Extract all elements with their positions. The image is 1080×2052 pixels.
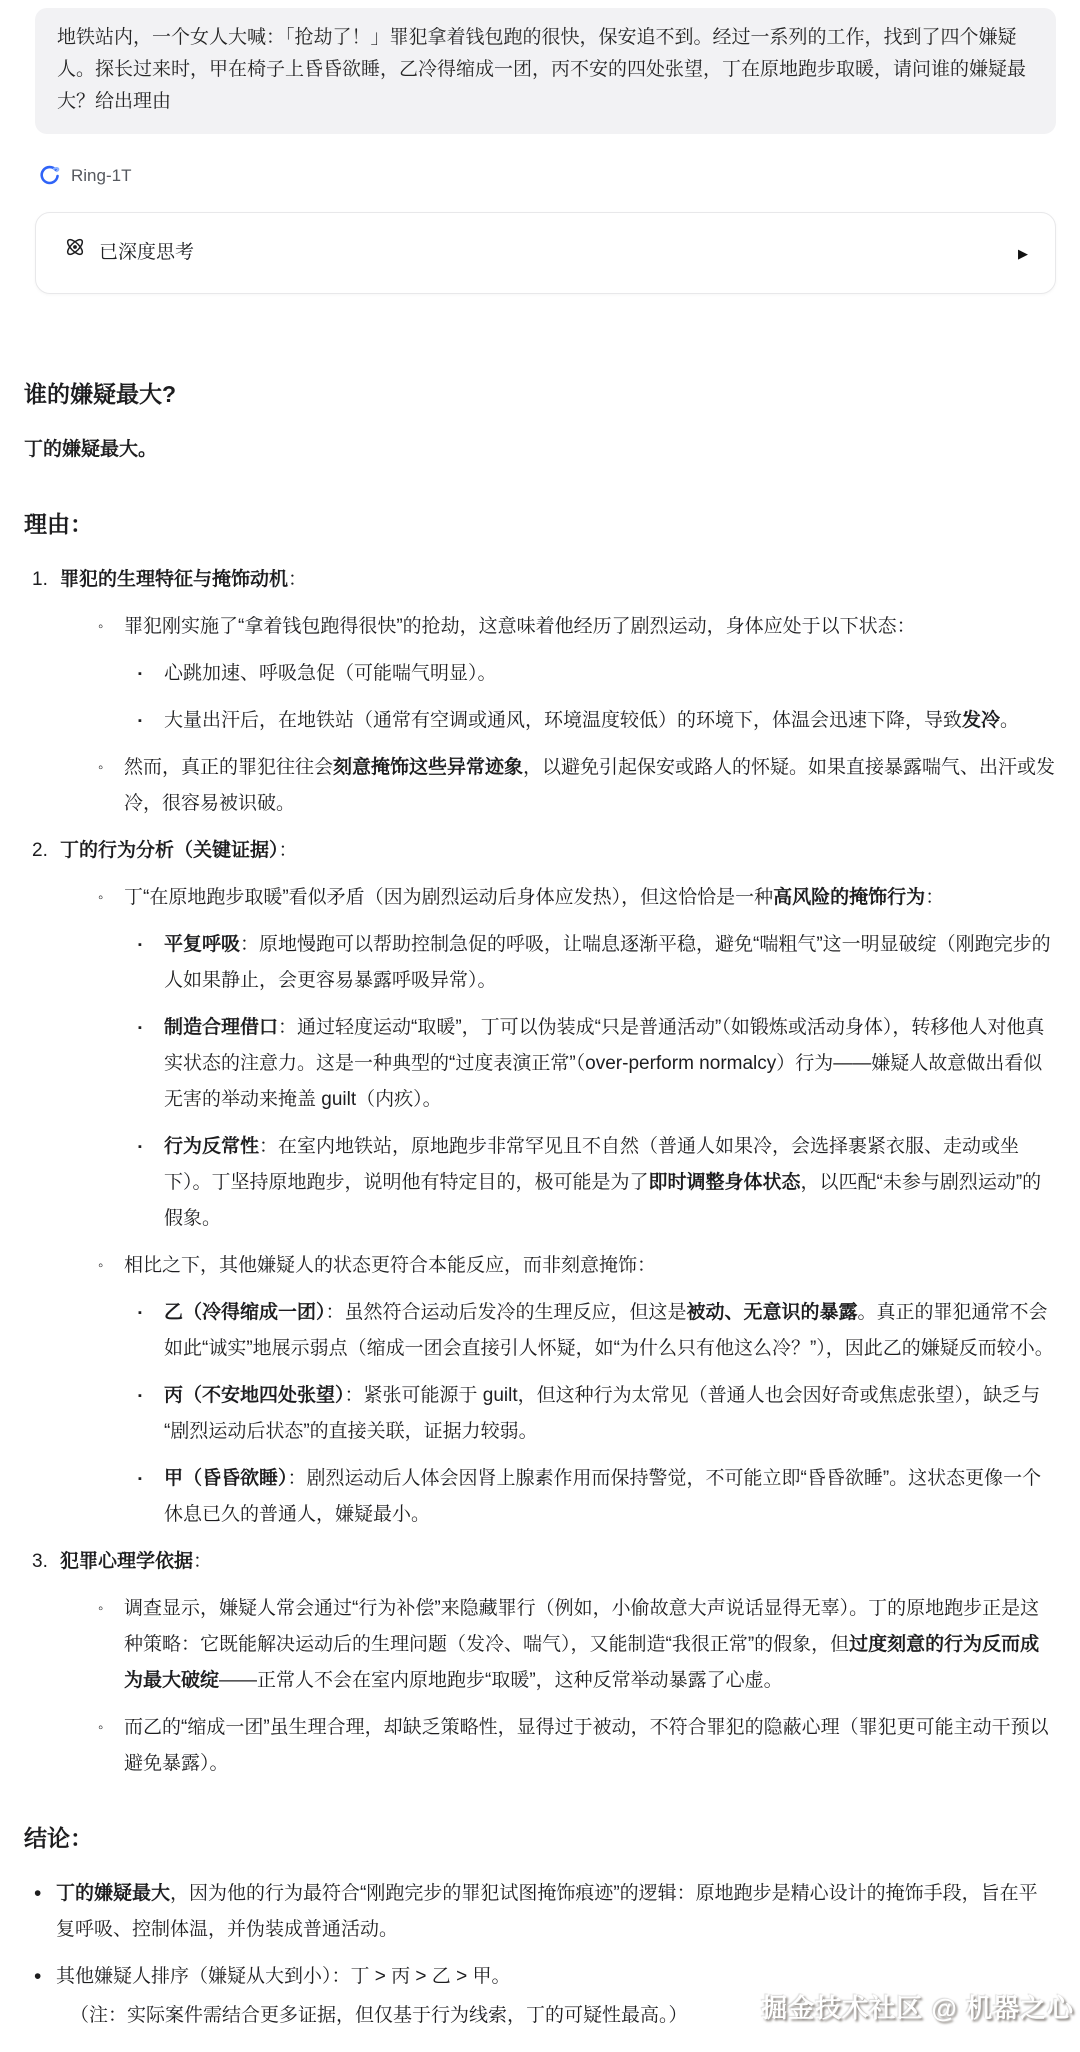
text-run: ：通过轻度运动“取暖”，丁可以伪装成“只是普通活动”（如锻炼或活动身体），转移他… bbox=[164, 1017, 1044, 1110]
list-item-text: 平复呼吸：原地慢跑可以帮助控制急促的呼吸，让喘息逐渐平稳，避免“喘粗气”这一明显… bbox=[164, 934, 1051, 991]
list-marker: ▪ bbox=[138, 927, 142, 963]
list-marker: ◦ bbox=[98, 609, 103, 645]
list-item: ▪乙（冷得缩成一团）：虽然符合运动后发冷的生理反应，但这是被动、无意识的暴露。真… bbox=[124, 1295, 1056, 1367]
list-item-text: 调查显示，嫌疑人常会通过“行为补偿”来隐藏罪行（例如，小偷故意大声说话显得无辜）… bbox=[124, 1598, 1039, 1691]
list-item: ◦丁“在原地跑步取暖”看似矛盾（因为剧烈运动后身体应发热），但这恰恰是一种高风险… bbox=[60, 880, 1056, 1237]
list-marker: ◦ bbox=[98, 1591, 103, 1627]
text-run: 其他嫌疑人排序（嫌疑从大到小）：丁 > 丙 > 乙 > 甲。 bbox=[56, 1966, 510, 1987]
thinking-toggle[interactable]: 已深度思考 ▶ bbox=[35, 212, 1056, 294]
text-run: ——正常人不会在室内原地跑步“取暖”，这种反常举动暴露了心虚。 bbox=[219, 1670, 783, 1691]
list-marker: 1. bbox=[32, 562, 48, 598]
list-marker: • bbox=[34, 1876, 41, 1912]
bold-text: 谁的嫌疑最大? bbox=[24, 381, 176, 407]
list-item: ▪制造合理借口：通过轻度运动“取暖”，丁可以伪装成“只是普通活动”（如锻炼或活动… bbox=[124, 1010, 1056, 1118]
list-level-3: ▪平复呼吸：原地慢跑可以帮助控制急促的呼吸，让喘息逐渐平稳，避免“喘粗气”这一明… bbox=[124, 927, 1056, 1237]
list-item: ▪行为反常性：在室内地铁站，原地跑步非常罕见且不自然（普通人如果冷，会选择裹紧衣… bbox=[124, 1129, 1056, 1237]
list-item: ◦而乙的“缩成一团”虽生理合理，却缺乏策略性，显得过于被动，不符合罪犯的隐蔽心理… bbox=[60, 1710, 1056, 1782]
list-item-text: 行为反常性：在室内地铁站，原地跑步非常罕见且不自然（普通人如果冷，会选择裹紧衣服… bbox=[164, 1136, 1041, 1229]
user-message-bubble: 地铁站内，一个女人大喊：「抢劫了！」罪犯拿着钱包跑的很快，保安追不到。经过一系列… bbox=[35, 8, 1056, 134]
list-level-3: ▪心跳加速、呼吸急促（可能喘气明显）。▪大量出汗后，在地铁站（通常有空调或通风，… bbox=[124, 656, 1056, 739]
text-run: ，因为他的行为最符合“刚跑完步的罪犯试图掩饰痕迹”的逻辑：原地跑步是精心设计的掩… bbox=[56, 1883, 1038, 1940]
list-item-text: 丁的行为分析（关键证据）： bbox=[60, 840, 298, 861]
bold-text: 丁的嫌疑最大 bbox=[56, 1883, 170, 1904]
text-run: 相比之下，其他嫌疑人的状态更符合本能反应，而非刻意掩饰： bbox=[124, 1255, 656, 1276]
bold-text: 刻意掩饰这些异常迹象 bbox=[333, 757, 523, 778]
text-run: （注：实际案件需结合更多证据，但仅基于行为线索，丁的可疑性最高。） bbox=[70, 2005, 688, 2026]
list-level-2: ◦调查显示，嫌疑人常会通过“行为补偿”来隐藏罪行（例如，小偷故意大声说话显得无辜… bbox=[60, 1591, 1056, 1782]
bold-text: 结论： bbox=[24, 1825, 93, 1851]
bold-text: 发冷 bbox=[962, 710, 1000, 731]
list-level-2: ◦罪犯刚实施了“拿着钱包跑得很快”的抢劫，这意味着他经历了剧烈运动，身体应处于以… bbox=[60, 609, 1056, 822]
list-marker: ◦ bbox=[98, 1248, 103, 1284]
bold-text: 甲（昏昏欲睡） bbox=[164, 1468, 288, 1489]
text-run: 然而，真正的罪犯往往会 bbox=[124, 757, 333, 778]
bold-text: 行为反常性 bbox=[164, 1136, 259, 1157]
bold-text: 即时调整身体状态 bbox=[649, 1172, 801, 1193]
list-marker: • bbox=[34, 1959, 41, 1995]
atom-icon bbox=[63, 235, 87, 272]
text-run: ： bbox=[193, 1551, 212, 1572]
text-run: 罪犯刚实施了“拿着钱包跑得很快”的抢劫，这意味着他经历了剧烈运动，身体应处于以下… bbox=[124, 616, 916, 637]
text-run: 。 bbox=[1000, 710, 1019, 731]
list-marker: ◦ bbox=[98, 1710, 103, 1746]
section-heading: 结论： bbox=[24, 1822, 1056, 1854]
list-item: ◦相比之下，其他嫌疑人的状态更符合本能反应，而非刻意掩饰：▪乙（冷得缩成一团）：… bbox=[60, 1248, 1056, 1533]
list-item-text: 罪犯的生理特征与掩饰动机： bbox=[60, 569, 307, 590]
bold-text: 平复呼吸 bbox=[164, 934, 240, 955]
list-marker: 2. bbox=[32, 833, 48, 869]
list-item: 1.罪犯的生理特征与掩饰动机：◦罪犯刚实施了“拿着钱包跑得很快”的抢劫，这意味着… bbox=[24, 562, 1056, 822]
section-heading: 理由： bbox=[24, 508, 1056, 540]
list-marker: ▪ bbox=[138, 656, 142, 692]
text-run: ：虽然符合运动后发冷的生理反应，但这是 bbox=[326, 1302, 687, 1323]
section-heading: 谁的嫌疑最大? bbox=[24, 378, 1056, 410]
list-item-text: 犯罪心理学依据： bbox=[60, 1551, 212, 1572]
assistant-response: 谁的嫌疑最大?丁的嫌疑最大。理由：1.罪犯的生理特征与掩饰动机：◦罪犯刚实施了“… bbox=[24, 378, 1056, 2034]
list-item-text: 而乙的“缩成一团”虽生理合理，却缺乏策略性，显得过于被动，不符合罪犯的隐蔽心理（… bbox=[124, 1717, 1049, 1774]
list-item-text: 然而，真正的罪犯往往会刻意掩饰这些异常迹象，以避免引起保安或路人的怀疑。如果直接… bbox=[124, 757, 1055, 814]
list-level-3: ▪乙（冷得缩成一团）：虽然符合运动后发冷的生理反应，但这是被动、无意识的暴露。真… bbox=[124, 1295, 1056, 1533]
list-item: ▪大量出汗后，在地铁站（通常有空调或通风，环境温度较低）的环境下，体温会迅速下降… bbox=[124, 703, 1056, 739]
list-marker: ▪ bbox=[138, 1129, 142, 1165]
bold-text: 高风险的掩饰行为 bbox=[773, 887, 925, 908]
thinking-label: 已深度思考 bbox=[99, 235, 194, 271]
list-item-text: 乙（冷得缩成一团）：虽然符合运动后发冷的生理反应，但这是被动、无意识的暴露。真正… bbox=[164, 1302, 1054, 1359]
chevron-right-icon: ▶ bbox=[1018, 247, 1028, 260]
bold-text: 犯罪心理学依据 bbox=[60, 1551, 193, 1572]
list-item-text: 相比之下，其他嫌疑人的状态更符合本能反应，而非刻意掩饰： bbox=[124, 1255, 656, 1276]
list-item-text: 大量出汗后，在地铁站（通常有空调或通风，环境温度较低）的环境下，体温会迅速下降，… bbox=[164, 710, 1019, 731]
list-item: ▪丙（不安地四处张望）：紧张可能源于 guilt，但这种行为太常见（普通人也会因… bbox=[124, 1378, 1056, 1450]
model-header: Ring-1T bbox=[38, 164, 1080, 188]
list-marker: ▪ bbox=[138, 703, 142, 739]
text-run: ：原地慢跑可以帮助控制急促的呼吸，让喘息逐渐平稳，避免“喘粗气”这一明显破绽（刚… bbox=[164, 934, 1051, 991]
text-run: ： bbox=[279, 840, 298, 861]
list-item: 2.丁的行为分析（关键证据）：◦丁“在原地跑步取暖”看似矛盾（因为剧烈运动后身体… bbox=[24, 833, 1056, 1533]
list-item: ▪平复呼吸：原地慢跑可以帮助控制急促的呼吸，让喘息逐渐平稳，避免“喘粗气”这一明… bbox=[124, 927, 1056, 999]
list-item: ◦调查显示，嫌疑人常会通过“行为补偿”来隐藏罪行（例如，小偷故意大声说话显得无辜… bbox=[60, 1591, 1056, 1699]
list-item: •丁的嫌疑最大，因为他的行为最符合“刚跑完步的罪犯试图掩饰痕迹”的逻辑：原地跑步… bbox=[24, 1876, 1056, 1948]
text-run: 丁“在原地跑步取暖”看似矛盾（因为剧烈运动后身体应发热），但这恰恰是一种 bbox=[124, 887, 773, 908]
list-level-2: ◦丁“在原地跑步取暖”看似矛盾（因为剧烈运动后身体应发热），但这恰恰是一种高风险… bbox=[60, 880, 1056, 1533]
list-item: ▪心跳加速、呼吸急促（可能喘气明显）。 bbox=[124, 656, 1056, 692]
list-item: ◦罪犯刚实施了“拿着钱包跑得很快”的抢劫，这意味着他经历了剧烈运动，身体应处于以… bbox=[60, 609, 1056, 739]
text-run: 心跳加速、呼吸急促（可能喘气明显）。 bbox=[164, 663, 497, 684]
text-run: ：剧烈运动后人体会因肾上腺素作用而保持警觉，不可能立即“昏昏欲睡”。这状态更像一… bbox=[164, 1468, 1041, 1525]
list-item-text: 制造合理借口：通过轻度运动“取暖”，丁可以伪装成“只是普通活动”（如锻炼或活动身… bbox=[164, 1017, 1044, 1110]
list-item: ◦然而，真正的罪犯往往会刻意掩饰这些异常迹象，以避免引起保安或路人的怀疑。如果直… bbox=[60, 750, 1056, 822]
list-marker: ▪ bbox=[138, 1295, 142, 1331]
bold-text: 丁的嫌疑最大。 bbox=[24, 439, 157, 460]
list-level-1: 1.罪犯的生理特征与掩饰动机：◦罪犯刚实施了“拿着钱包跑得很快”的抢劫，这意味着… bbox=[24, 562, 1056, 1782]
text-run: 而乙的“缩成一团”虽生理合理，却缺乏策略性，显得过于被动，不符合罪犯的隐蔽心理（… bbox=[124, 1717, 1049, 1774]
bold-text: 被动、无意识的暴露 bbox=[687, 1302, 858, 1323]
list-item-text: 丁的嫌疑最大，因为他的行为最符合“刚跑完步的罪犯试图掩饰痕迹”的逻辑：原地跑步是… bbox=[56, 1883, 1038, 1940]
model-name-label: Ring-1T bbox=[71, 164, 131, 188]
list-item-text: 心跳加速、呼吸急促（可能喘气明显）。 bbox=[164, 663, 497, 684]
watermark: 掘金技术社区 @ 机器之心 bbox=[761, 1990, 1074, 2026]
bold-text: 罪犯的生理特征与掩饰动机 bbox=[60, 569, 288, 590]
ring-logo-icon bbox=[38, 165, 61, 188]
list-item-text: 丁“在原地跑步取暖”看似矛盾（因为剧烈运动后身体应发热），但这恰恰是一种高风险的… bbox=[124, 887, 944, 908]
list-marker: ▪ bbox=[138, 1461, 142, 1497]
text-run: ： bbox=[288, 569, 307, 590]
bold-text: 乙（冷得缩成一团） bbox=[164, 1302, 326, 1323]
list-marker: ◦ bbox=[98, 750, 103, 786]
user-message-text: 地铁站内，一个女人大喊：「抢劫了！」罪犯拿着钱包跑的很快，保安追不到。经过一系列… bbox=[57, 22, 1034, 118]
list-marker: ▪ bbox=[138, 1010, 142, 1046]
bold-text: 制造合理借口 bbox=[164, 1017, 278, 1038]
list-item: ▪甲（昏昏欲睡）：剧烈运动后人体会因肾上腺素作用而保持警觉，不可能立即“昏昏欲睡… bbox=[124, 1461, 1056, 1533]
text-run: 大量出汗后，在地铁站（通常有空调或通风，环境温度较低）的环境下，体温会迅速下降，… bbox=[164, 710, 962, 731]
list-marker: 3. bbox=[32, 1544, 48, 1580]
list-item-text: 罪犯刚实施了“拿着钱包跑得很快”的抢劫，这意味着他经历了剧烈运动，身体应处于以下… bbox=[124, 616, 916, 637]
list-item: 3.犯罪心理学依据：◦调查显示，嫌疑人常会通过“行为补偿”来隐藏罪行（例如，小偷… bbox=[24, 1544, 1056, 1782]
list-item-text: 其他嫌疑人排序（嫌疑从大到小）：丁 > 丙 > 乙 > 甲。 bbox=[56, 1966, 510, 1987]
list-item-text: 丙（不安地四处张望）：紧张可能源于 guilt，但这种行为太常见（普通人也会因好… bbox=[164, 1385, 1040, 1442]
answer-paragraph: 丁的嫌疑最大。 bbox=[24, 432, 1056, 468]
bold-text: 丁的行为分析（关键证据） bbox=[60, 840, 279, 861]
bold-text: 丙（不安地四处张望） bbox=[164, 1385, 345, 1406]
bold-text: 理由： bbox=[24, 511, 93, 537]
text-run: ： bbox=[925, 887, 944, 908]
list-marker: ▪ bbox=[138, 1378, 142, 1414]
list-marker: ◦ bbox=[98, 880, 103, 916]
list-item-text: 甲（昏昏欲睡）：剧烈运动后人体会因肾上腺素作用而保持警觉，不可能立即“昏昏欲睡”… bbox=[164, 1468, 1041, 1525]
